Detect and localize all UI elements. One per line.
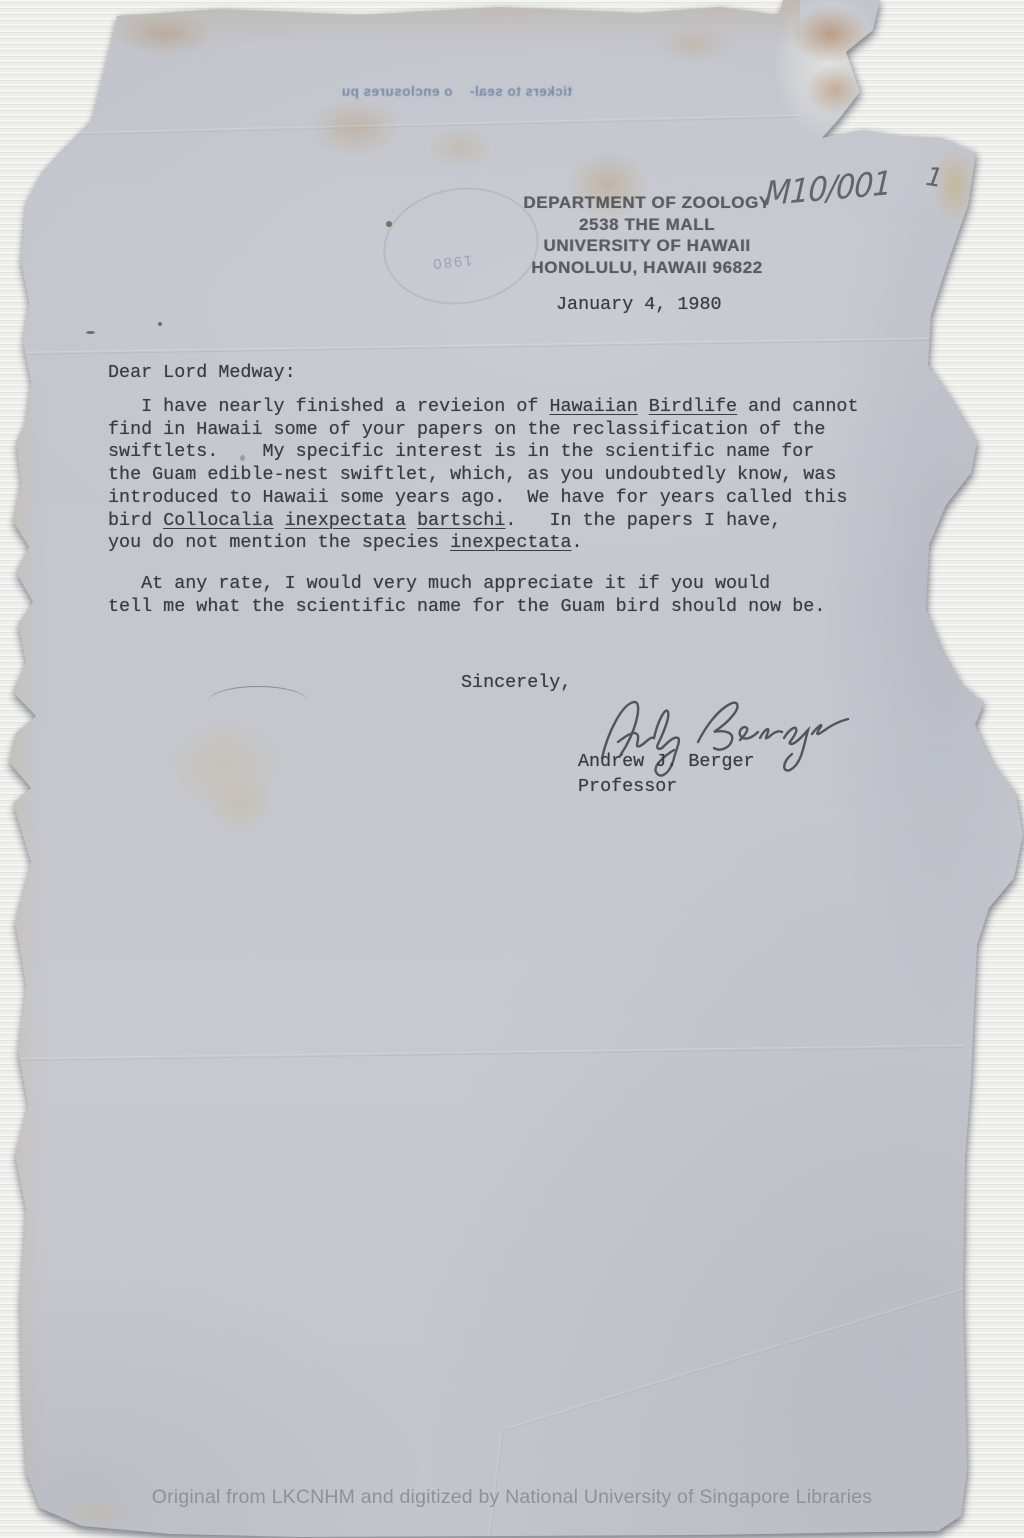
edge-tint-top — [100, 0, 800, 46]
letter-body: I have nearly finished a revieion of Haw… — [108, 396, 859, 618]
ink-speck — [386, 221, 392, 227]
date-line: January 4, 1980 — [556, 294, 722, 317]
crease-line — [15, 337, 965, 355]
letterhead-line-street: 2538 THE MALL — [517, 214, 777, 236]
signer-title: Professor — [578, 776, 677, 799]
page-number-annotation: 1 — [924, 162, 945, 194]
salutation: Dear Lord Medway: — [108, 362, 296, 385]
signer-name: Andrew J. Berger — [578, 751, 755, 774]
archival-code-annotation: M10/001 — [764, 163, 892, 213]
typed-line: I have nearly finished a revieion of Haw… — [108, 396, 859, 419]
crease-line — [0, 114, 800, 137]
typed-line: introduced to Hawaii some years ago. We … — [108, 487, 859, 510]
typed-line: find in Hawaii some of your papers on th… — [108, 419, 859, 442]
scanner-hair — [208, 686, 308, 717]
typed-line: At any rate, I would very much appreciat… — [108, 573, 859, 596]
letterhead-line-university: UNIVERSITY OF HAWAII — [517, 235, 777, 257]
paper-sheet: 1980 tickers to seal- o enclosures pu DE… — [0, 0, 1024, 1538]
scanned-letter-page: 1980 tickers to seal- o enclosures pu DE… — [0, 0, 1024, 1538]
typed-line: bird Collocalia inexpectata bartschi. In… — [108, 510, 859, 533]
crease-line — [15, 1045, 965, 1061]
letterhead-line-city: HONOLULU, HAWAII 96822 — [517, 257, 777, 279]
crease-line — [505, 1288, 965, 1431]
typed-line: the Guam edible-nest swiftlet, which, as… — [108, 464, 859, 487]
ink-speck — [86, 331, 95, 334]
digitization-credit: Original from LKCNHM and digitized by Na… — [0, 1486, 1024, 1509]
stain-blob — [130, 695, 320, 835]
typed-line: swiftlets. My specific interest is in th… — [108, 441, 859, 464]
bleedthrough-stamp-text: tickers to seal- o enclosures pu — [272, 84, 572, 99]
postmark-year: 1980 — [430, 251, 473, 272]
letterhead-line-department: DEPARTMENT OF ZOOLOGY — [517, 192, 777, 214]
ink-speck — [158, 322, 162, 326]
paragraph: At any rate, I would very much appreciat… — [108, 573, 859, 618]
crease-line — [487, 1430, 504, 1538]
letterhead: DEPARTMENT OF ZOOLOGY 2538 THE MALL UNIV… — [517, 192, 777, 279]
paragraph: I have nearly finished a revieion of Haw… — [108, 396, 859, 555]
closing: Sincerely, — [461, 672, 571, 695]
ink-speck — [240, 455, 245, 461]
edge-tint-left — [0, 380, 46, 1530]
stain-blob — [185, 760, 295, 850]
typed-line: tell me what the scientific name for the… — [108, 596, 859, 619]
paper-surface: 1980 tickers to seal- o enclosures pu DE… — [0, 0, 1024, 1538]
typed-line: you do not mention the species inexpecta… — [108, 532, 859, 555]
